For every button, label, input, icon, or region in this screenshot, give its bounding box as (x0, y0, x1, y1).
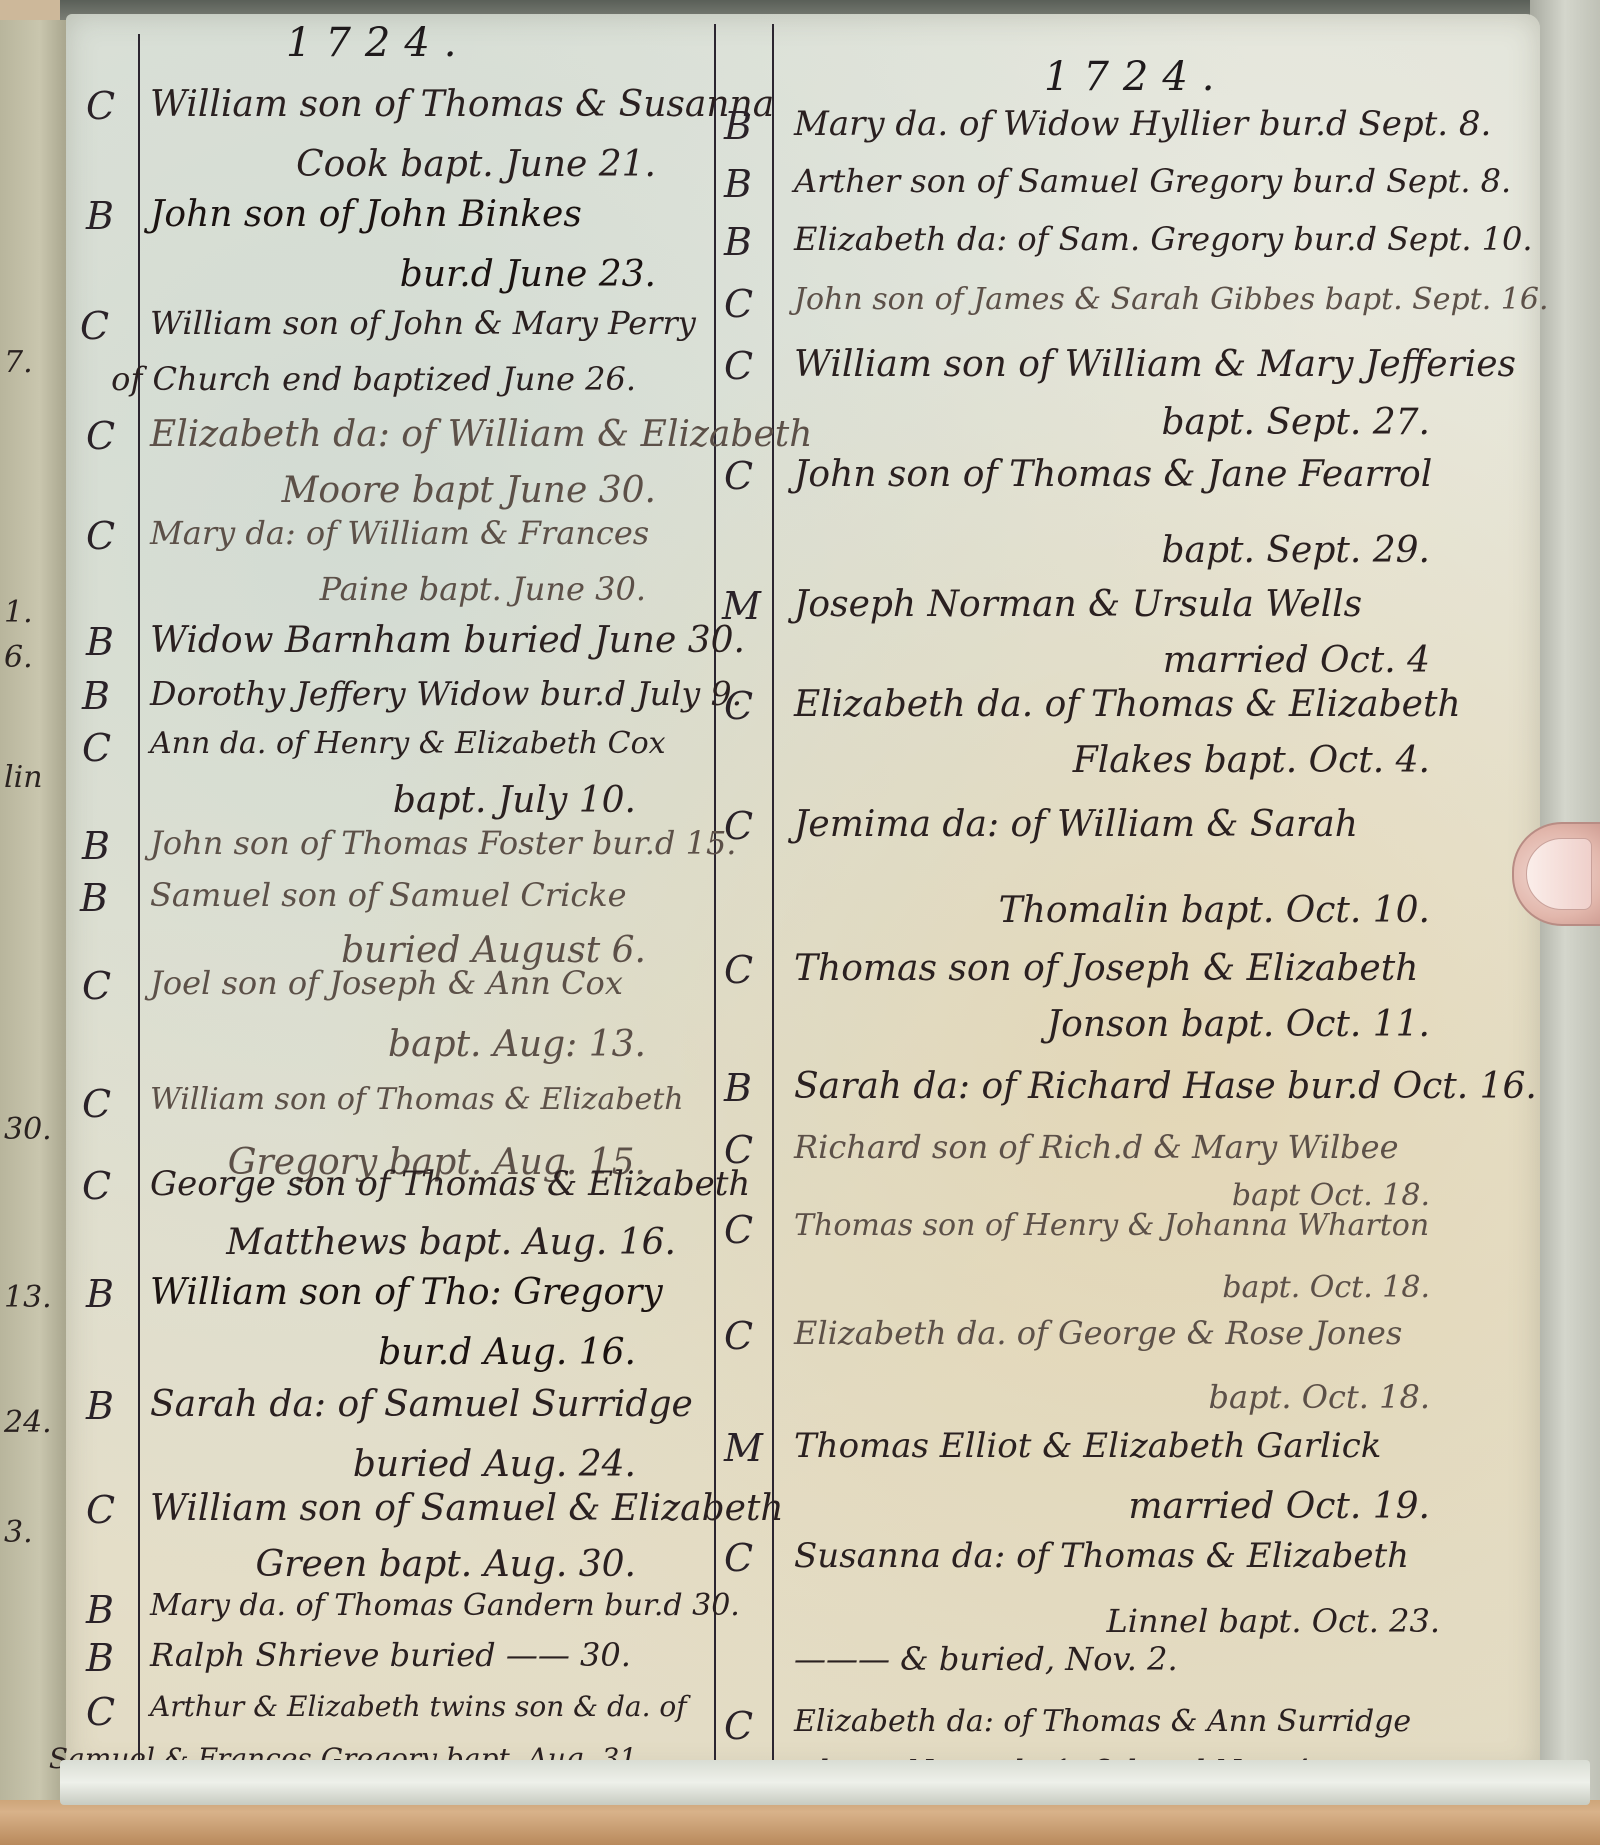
entry-line-2: bapt. Sept. 29. (1161, 530, 1430, 571)
entry-line-2: of Church end baptized June 26. (111, 360, 636, 398)
entry-line-1: Mary da: of William & Frances (150, 514, 649, 552)
entry-type-code: C (86, 414, 115, 458)
entry-line-1: Mary da. of Widow Hyllier bur.d Sept. 8. (794, 104, 1491, 144)
entry-type-code: B (724, 162, 752, 206)
entry-type-code: C (80, 304, 109, 348)
left-column: 1724. CWilliam son of Thomas & SusannaCo… (66, 14, 716, 1774)
entry-line-1: Elizabeth da: of Thomas & Ann Surridge (794, 1704, 1411, 1739)
entry-line-1: Sarah da: of Samuel Surridge (150, 1384, 693, 1425)
entry-line-1: John son of James & Sarah Gibbes bapt. S… (794, 282, 1549, 317)
entry-line-2: bapt. Aug: 13. (388, 1024, 646, 1065)
entry-line-1: John son of Thomas & Jane Fearrol (794, 454, 1432, 495)
entry-type-code: B (724, 1066, 752, 1110)
vellum-bottom-edge (60, 1760, 1590, 1805)
entry-type-code: C (724, 1208, 753, 1252)
entry-line-2: married Oct. 19. (1128, 1486, 1430, 1527)
entry-type-code: C (724, 1704, 753, 1748)
previous-page-text-fragment: 3. (4, 1515, 33, 1550)
entry-type-code: C (86, 84, 115, 128)
previous-page-text-fragment: 1. (4, 595, 33, 630)
entry-type-code: C (86, 1488, 115, 1532)
entry-line-1: Richard son of Rich.d & Mary Wilbee (794, 1128, 1399, 1166)
entry-type-code: C (82, 964, 111, 1008)
entry-line-1: Ann da. of Henry & Elizabeth Cox (150, 726, 666, 761)
entry-type-code: C (82, 726, 111, 770)
entry-type-code: B (86, 620, 114, 664)
entry-line-1: Arther son of Samuel Gregory bur.d Sept.… (794, 162, 1511, 200)
entry-type-code: B (86, 1272, 114, 1316)
entry-line-1: Elizabeth da. of Thomas & Elizabeth (794, 684, 1461, 725)
entry-line-1: Arthur & Elizabeth twins son & da. of (150, 1690, 687, 1723)
entry-line-1: Widow Barnham buried June 30. (150, 620, 745, 661)
previous-page-text-fragment: 30. (4, 1112, 52, 1147)
entry-line-1: Jemima da: of William & Sarah (794, 804, 1358, 845)
previous-page-text-fragment: 7. (4, 345, 33, 380)
entry-line-1: Mary da. of Thomas Gandern bur.d 30. (150, 1588, 740, 1623)
entry-line-1: Joel son of Joseph & Ann Cox (150, 964, 623, 1002)
entry-line-1: George son of Thomas & Elizabeth (150, 1164, 750, 1204)
entry-line-2: Green bapt. Aug. 30. (256, 1544, 636, 1585)
entry-line-1: William son of John & Mary Perry (150, 304, 696, 342)
thumbnail (1526, 838, 1592, 910)
entry-line-1: Elizabeth da. of George & Rose Jones (794, 1314, 1402, 1352)
entry-line-2: Linnel bapt. Oct. 23. (1106, 1602, 1440, 1640)
entry-line-1: Thomas Elliot & Elizabeth Garlick (794, 1426, 1381, 1466)
entry-line-2: bur.d Aug. 16. (378, 1332, 636, 1373)
entry-type-code: M (722, 584, 761, 628)
entry-line-1: William son of Tho: Gregory (150, 1272, 663, 1313)
entry-line-1: William son of Thomas & Elizabeth (150, 1082, 684, 1117)
previous-page-text-fragment: 24. (4, 1405, 52, 1440)
entry-line-2: married Oct. 4 (1163, 640, 1430, 681)
thumb-holding-page (1512, 822, 1600, 926)
entry-type-code: B (86, 1588, 114, 1632)
entry-type-code: B (86, 194, 114, 238)
entry-type-code: C (86, 1690, 115, 1734)
entry-line-1: Susanna da: of Thomas & Elizabeth (794, 1536, 1409, 1576)
entry-line-1: Thomas son of Joseph & Elizabeth (794, 948, 1418, 989)
previous-page-text-fragment: 6. (4, 640, 33, 675)
previous-page-text-fragment: 13. (4, 1280, 52, 1315)
entry-type-code: B (86, 1636, 114, 1680)
entry-type-code: B (86, 1384, 114, 1428)
entry-line-2: Flakes bapt. Oct. 4. (1073, 740, 1430, 781)
entry-line-2: bapt. Oct. 18. (1222, 1270, 1430, 1305)
entry-line-1: William son of William & Mary Jefferies (794, 344, 1516, 385)
register-page: 1724. CWilliam son of Thomas & SusannaCo… (66, 14, 1540, 1774)
entry-line-2: buried Aug. 24. (353, 1444, 636, 1485)
entry-type-code: C (82, 1164, 111, 1208)
entry-type-code: B (724, 104, 752, 148)
entry-line-1: Samuel son of Samuel Cricke (150, 876, 627, 914)
entry-line-2: Moore bapt June 30. (282, 470, 656, 511)
right-column: 1724. BMary da. of Widow Hyllier bur.d S… (714, 14, 1540, 1774)
year-heading-right: 1724. (1044, 54, 1229, 100)
entry-line-1: Sarah da: of Richard Hase bur.d Oct. 16. (794, 1066, 1537, 1107)
entry-line-1: ——— & buried, Nov. 2. (794, 1640, 1178, 1678)
entry-line-2: Paine bapt. June 30. (320, 570, 646, 608)
entry-line-1: Elizabeth da: of Sam. Gregory bur.d Sept… (794, 220, 1533, 258)
entry-line-2: bapt. Oct. 18. (1209, 1378, 1431, 1416)
entry-line-1: William son of Thomas & Susanna (150, 84, 774, 125)
entry-type-code: C (86, 514, 115, 558)
entry-line-2: Jonson bapt. Oct. 11. (1047, 1004, 1430, 1045)
entry-type-code: B (80, 876, 108, 920)
entry-type-code: C (724, 1314, 753, 1358)
entry-line-1: Thomas son of Henry & Johanna Wharton (794, 1208, 1429, 1243)
entry-line-1: John son of John Binkes (150, 194, 582, 235)
year-heading-left: 1724. (286, 20, 471, 66)
entry-line-2: Matthews bapt. Aug. 16. (226, 1222, 676, 1263)
entry-line-1: Ralph Shrieve buried —— 30. (150, 1636, 631, 1674)
entry-line-2: Thomalin bapt. Oct. 10. (999, 890, 1430, 931)
entry-type-code: C (724, 282, 753, 326)
previous-page-text-fragment: lin (4, 760, 43, 795)
entry-line-2: bur.d June 23. (400, 254, 656, 295)
entry-type-code: B (82, 824, 110, 868)
entry-type-code: C (724, 684, 753, 728)
entry-type-code: C (724, 454, 753, 498)
entry-type-code: C (724, 1128, 753, 1172)
entry-type-code: C (82, 1082, 111, 1126)
entry-line-1: John son of Thomas Foster bur.d 15. (150, 824, 736, 862)
entry-type-code: M (724, 1426, 763, 1470)
entry-line-1: Dorothy Jeffery Widow bur.d July 9. (150, 674, 742, 713)
entry-line-2: bapt. Sept. 27. (1161, 402, 1430, 443)
entry-line-1: Joseph Norman & Ursula Wells (794, 584, 1362, 625)
entry-line-2: Cook bapt. June 21. (296, 144, 656, 185)
entry-type-code: C (724, 948, 753, 992)
entry-type-code: B (724, 220, 752, 264)
entry-type-code: C (724, 1536, 753, 1580)
entry-type-code: B (82, 674, 110, 718)
entry-line-2: bapt. July 10. (393, 780, 636, 821)
entry-type-code: C (724, 804, 753, 848)
entry-line-1: William son of Samuel & Elizabeth (150, 1488, 784, 1529)
entry-type-code: C (724, 344, 753, 388)
previous-page-edge: 7.1.6.lin30.13.24.3. (0, 20, 69, 1800)
